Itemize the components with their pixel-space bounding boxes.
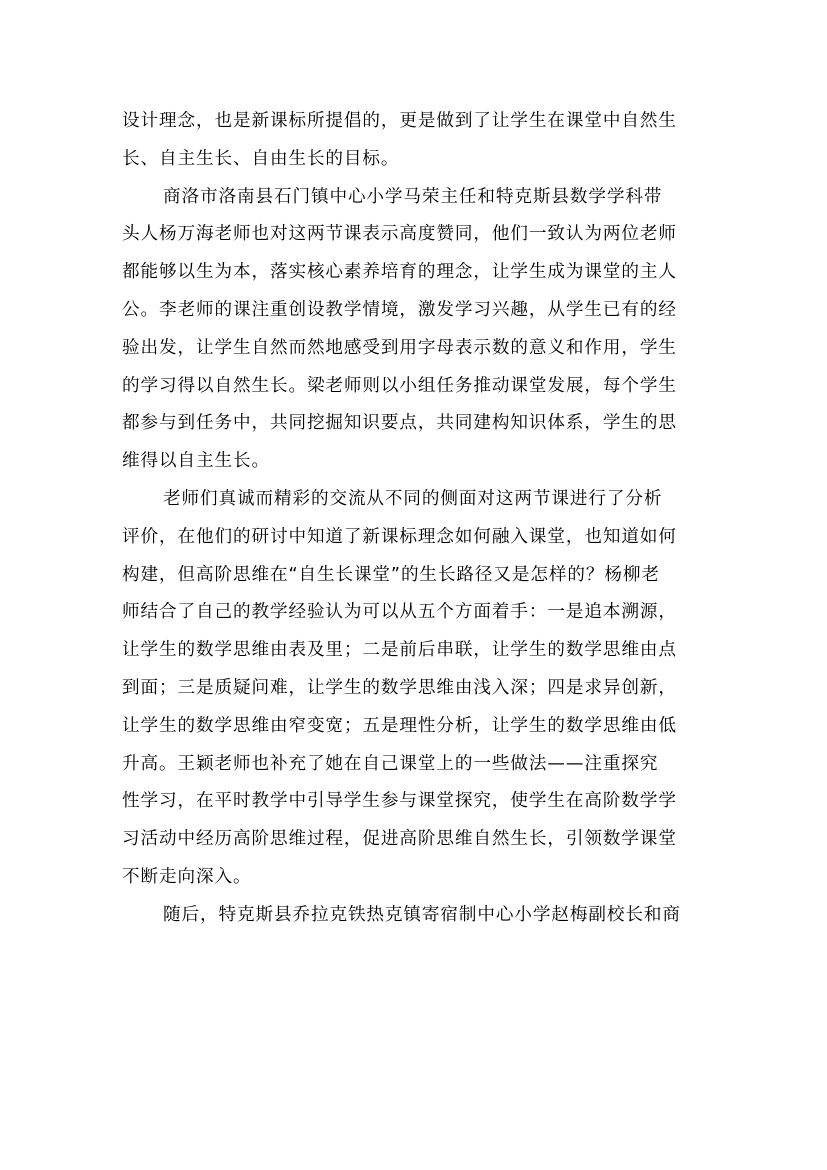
text-line: 的学习得以自然生长。梁老师则以小组任务推动课堂发展，每个学生 [122,368,700,406]
text-line: 师结合了自己的教学经验认为可以从五个方面着手：一是追本溯源， [122,594,700,632]
text-line: 到面；三是质疑问难，让学生的数学思维由浅入深；四是求异创新， [122,670,700,708]
text-line: 让学生的数学思维由窄变宽；五是理性分析，让学生的数学思维由低 [122,708,700,746]
text-line: 公。李老师的课注重创设教学情境，激发学习兴趣，从学生已有的经 [122,292,700,330]
text-line: 设计理念，也是新课标所提倡的，更是做到了让学生在课堂中自然生 [122,103,700,141]
paragraph: 老师们真诚而精彩的交流从不同的侧面对这两节课进行了分析 评价，在他们的研讨中知道… [122,481,700,897]
text-line: 验出发，让学生自然而然地感受到用字母表示数的意义和作用，学生 [122,330,700,368]
text-line: 性学习，在平时教学中引导学生参与课堂探究，使学生在高阶数学学 [122,783,700,821]
text-line: 升高。王颖老师也补充了她在自己课堂上的一些做法——注重探究 [122,746,700,784]
text-line: 头人杨万海老师也对这两节课表示高度赞同，他们一致认为两位老师 [122,216,700,254]
text-line: 习活动中经历高阶思维过程，促进高阶思维自然生长，引领数学课堂 [122,821,700,859]
text-line: 长、自主生长、自由生长的目标。 [122,141,700,179]
text-line: 随后，特克斯县乔拉克铁热克镇寄宿制中心小学赵梅副校长和商 [122,897,700,935]
text-line: 维得以自主生长。 [122,443,700,481]
paragraph: 随后，特克斯县乔拉克铁热克镇寄宿制中心小学赵梅副校长和商 [122,897,700,935]
text-line: 评价，在他们的研讨中知道了新课标理念如何融入课堂，也知道如何 [122,519,700,557]
text-line: 让学生的数学思维由表及里；二是前后串联，让学生的数学思维由点 [122,632,700,670]
text-line: 都能够以生为本，落实核心素养培育的理念，让学生成为课堂的主人 [122,254,700,292]
text-line: 都参与到任务中，共同挖掘知识要点，共同建构知识体系，学生的思 [122,405,700,443]
text-line: 不断走向深入。 [122,859,700,897]
paragraph: 设计理念，也是新课标所提倡的，更是做到了让学生在课堂中自然生 长、自主生长、自由… [122,103,700,179]
paragraph: 商洛市洛南县石门镇中心小学马荣主任和特克斯县数学学科带 头人杨万海老师也对这两节… [122,179,700,481]
document-page: 设计理念，也是新课标所提倡的，更是做到了让学生在课堂中自然生 长、自主生长、自由… [122,103,700,935]
text-line: 商洛市洛南县石门镇中心小学马荣主任和特克斯县数学学科带 [122,179,700,217]
text-line: 老师们真诚而精彩的交流从不同的侧面对这两节课进行了分析 [122,481,700,519]
text-line: 构建，但高阶思维在“自生长课堂”的生长路径又是怎样的？杨柳老 [122,557,700,595]
